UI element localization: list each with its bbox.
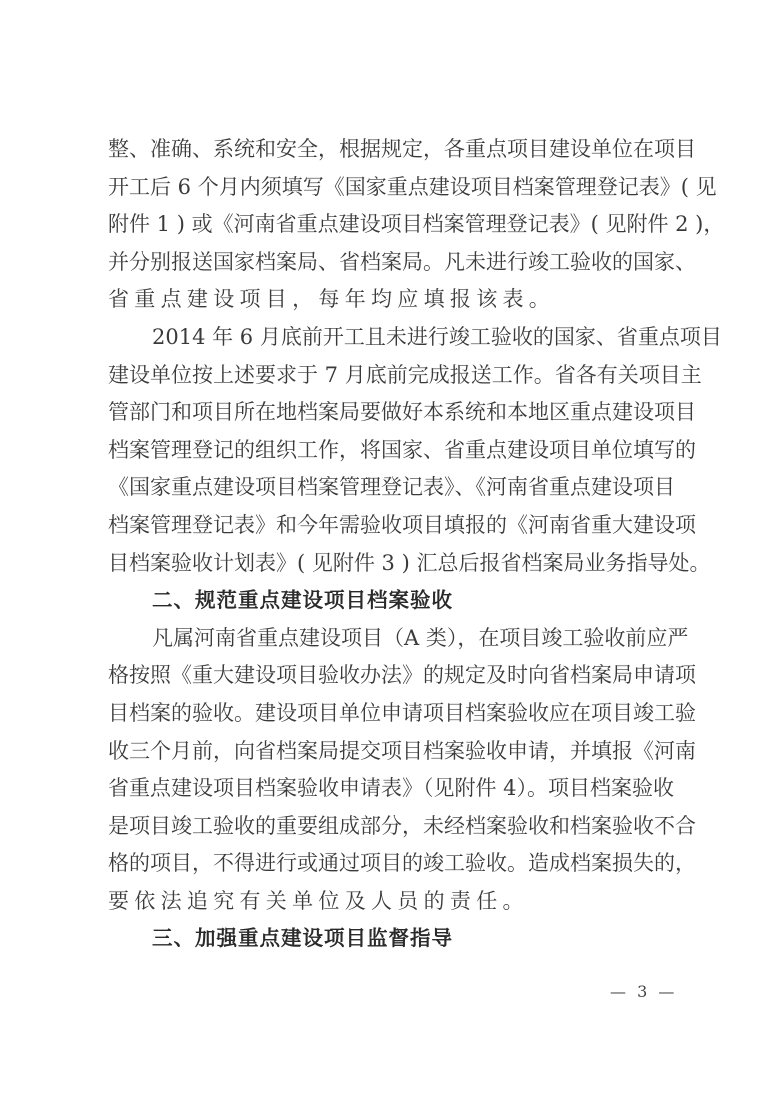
text-line: 《国家重点建设项目档案管理登记表》、《河南省重点建设项目 bbox=[108, 469, 670, 507]
text-line: 2014 年 6 月底前开工且未进行竣工验收的国家、省重点项目 bbox=[108, 319, 670, 357]
text-line: 档案管理登记表》和今年需验收项目填报的《河南省重大建设项 bbox=[108, 507, 670, 545]
page-number: — 3 — bbox=[610, 982, 677, 1001]
text-line: 整、准确、系统和安全，根据规定，各重点项目建设单位在项目 bbox=[108, 131, 670, 169]
paragraph-1: 整、准确、系统和安全，根据规定，各重点项目建设单位在项目 开工后 6 个月内须填… bbox=[108, 131, 670, 319]
text-line: 并分别报送国家档案局、省档案局。凡未进行竣工验收的国家、 bbox=[108, 244, 670, 282]
text-line: 格的项目，不得进行或通过项目的竣工验收。造成档案损失的， bbox=[108, 845, 670, 883]
text-line: 目档案验收计划表》( 见附件 3 ) 汇总后报省档案局业务指导处。 bbox=[108, 545, 670, 583]
text-line: 附件 1 ) 或《河南省重点建设项目档案管理登记表》( 见附件 2 )， bbox=[108, 206, 670, 244]
text-line: 是项目竣工验收的重要组成部分，未经档案验收和档案验收不合 bbox=[108, 808, 670, 846]
section-heading-3: 三、加强重点建设项目监督指导 bbox=[108, 920, 670, 958]
text-line: 目档案的验收。建设项目单位申请项目档案验收应在项目竣工验 bbox=[108, 695, 670, 733]
document-page: 整、准确、系统和安全，根据规定，各重点项目建设单位在项目 开工后 6 个月内须填… bbox=[108, 131, 670, 958]
text-line: 收三个月前，向省档案局提交项目档案验收申请，并填报《河南 bbox=[108, 733, 670, 771]
text-line: 管部门和项目所在地档案局要做好本系统和本地区重点建设项目 bbox=[108, 394, 670, 432]
text-line: 档案管理登记的组织工作，将国家、省重点建设项目单位填写的 bbox=[108, 432, 670, 470]
text-line: 省重点建设项目档案验收申请表》（见附件 4）。项目档案验收 bbox=[108, 770, 670, 808]
paragraph-3: 凡属河南省重点建设项目（A 类），在项目竣工验收前应严 格按照《重大建设项目验收… bbox=[108, 620, 670, 921]
text-line: 格按照《重大建设项目验收办法》的规定及时向省档案局申请项 bbox=[108, 657, 670, 695]
text-line: 凡属河南省重点建设项目（A 类），在项目竣工验收前应严 bbox=[108, 620, 670, 658]
section-heading-2: 二、规范重点建设项目档案验收 bbox=[108, 582, 670, 620]
text-line: 建设单位按上述要求于 7 月底前完成报送工作。省各有关项目主 bbox=[108, 357, 670, 395]
text-line: 开工后 6 个月内须填写《国家重点建设项目档案管理登记表》( 见 bbox=[108, 169, 670, 207]
text-line: 省重点建设项目，每年均应填报该表。 bbox=[108, 281, 670, 319]
text-line: 要依法追究有关单位及人员的责任。 bbox=[108, 883, 670, 921]
paragraph-2: 2014 年 6 月底前开工且未进行竣工验收的国家、省重点项目 建设单位按上述要… bbox=[108, 319, 670, 582]
